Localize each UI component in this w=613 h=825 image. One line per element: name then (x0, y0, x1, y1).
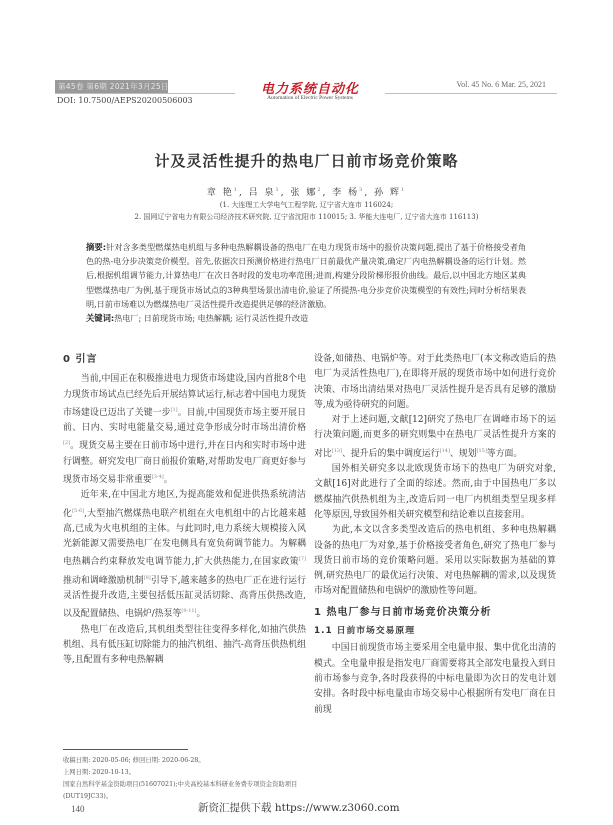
citation[interactable]: [13] (332, 448, 342, 454)
author: 李 杨 (332, 188, 359, 198)
paragraph: 热电厂在改造后,其机组类型往往变得多样化,如抽汽供热机组、具有低压缸切除能力的抽… (63, 623, 306, 669)
footnotes: 收稿日期: 2020-05-06; 修回日期: 2020-06-28。 上网日期… (63, 755, 313, 803)
author: 吕 泉 (249, 188, 276, 198)
citation[interactable]: [9-11] (181, 608, 196, 614)
author: 张 娜 (290, 188, 317, 198)
paragraph: 为此,本文以含多类型改造后的热电机组、多种电热解耦设备的热电厂为对象,基于价格接… (314, 523, 556, 599)
keywords-text: 热电厂; 日前现货市场; 电热解耦; 运行灵活性提升改造 (114, 313, 308, 323)
issue-band: 第45卷 第6期 2021年3月25日 (55, 80, 168, 93)
affiliation-line-2: 2. 国网辽宁省电力有限公司经济技术研究院, 辽宁省沈阳市 110015; 3.… (0, 212, 613, 222)
citation[interactable]: [14] (440, 448, 450, 454)
text: 。 (164, 475, 173, 485)
text: 。 (197, 609, 206, 619)
author: 章 艳 (207, 188, 234, 198)
text: 推动和调峰激励机制 (63, 576, 144, 586)
abstract-text: 针对含多类型燃煤热电机组与多种电热解耦设备的热电厂在电力现货市场中的报价决策问题… (86, 242, 526, 309)
affiliation-line-1: (1. 大连理工大学电气工程学院, 辽宁省大连市 116024; (0, 200, 613, 210)
section-heading-1: 1 热电厂参与日前市场竞价决策分析 (314, 605, 556, 620)
section-heading-0: 0 引言 (63, 352, 306, 367)
author-affil-sup: 2 (317, 187, 322, 193)
header-rule-left (55, 93, 235, 94)
author-affil-sup: 3 (359, 187, 364, 193)
citation[interactable]: [1] (171, 407, 178, 413)
left-column: 0 引言 当前,中国正在积极推进电力现货市场建设,国内首批8个电力现货市场试点已… (63, 352, 306, 668)
citation[interactable]: [5-6] (72, 508, 84, 514)
author-affil-sup: 1 (276, 187, 281, 193)
paragraph: 对于上述问题,文献[12]研究了热电厂在调峰市场下的运行决策问题,而更多的研究则… (314, 413, 556, 462)
footnote-dates: 收稿日期: 2020-05-06; 修回日期: 2020-06-28。 (63, 755, 313, 767)
text: 、提升后的集中调度运行 (342, 449, 440, 459)
paragraph: 设备,如储热、电锅炉等。对于此类热电厂(本文称改造后的热电厂为灵活性热电厂),在… (314, 352, 556, 413)
author: 孙 辉 (374, 188, 401, 198)
paragraph: 国外相关研究多以北欧现货市场下的热电厂为研究对象,文献[16]对此进行了全面的综… (314, 462, 556, 523)
keywords-label: 关键词: (86, 313, 114, 323)
author-affil-sup: 1 (234, 187, 239, 193)
text: 等方面。 (487, 449, 523, 459)
download-watermark: 新资汇提供下载 https://www.z3060.com (198, 800, 400, 815)
text: 。现货交易主要在日前市场中进行,并在日内和实时市场中进行调整。研究发电厂商日前报… (63, 441, 306, 485)
paragraph: 中国日前现货市场主要采用全电量申报、集中优化出清的模式。全电量申报是指发电厂商需… (314, 641, 556, 717)
abstract-block: 摘要:针对含多类型燃煤热电机组与多种电热解耦设备的热电厂在电力现货市场中的报价决… (86, 240, 526, 325)
subsection-heading-1-1: 1.1 日前市场交易原理 (314, 624, 556, 639)
text: ,大型抽汽燃煤热电联产机组在火电机组中的占比越来越高,已成为火电机组的主体。与此… (63, 509, 306, 568)
author-affil-sup: 1 (401, 187, 406, 193)
right-column: 设备,如储热、电锅炉等。对于此类热电厂(本文称改造后的热电厂为灵活性热电厂),在… (314, 352, 556, 718)
paper-title: 计及灵活性提升的热电厂日前市场竞价策略 (0, 150, 613, 171)
citation[interactable]: [15] (477, 448, 487, 454)
citation[interactable]: [3-4] (152, 474, 164, 480)
citation[interactable]: [8] (144, 575, 151, 581)
volume-info: Vol. 45 No. 6 Mar. 25, 2021 (456, 80, 546, 89)
footnote-divider (63, 749, 188, 750)
text: 、规划 (450, 449, 477, 459)
paragraph: 当前,中国正在积极推进电力现货市场建设,国内首批8个电力现货市场试点已经先后开展… (63, 372, 306, 488)
header-rule-right (385, 93, 557, 94)
doi: DOI: 10.7500/AEPS20200506003 (57, 96, 193, 105)
paragraph: 近年来,在中国北方地区,为提高能效和促进供热系统清洁化[5-6],大型抽汽燃煤热… (63, 488, 306, 622)
author-list: 章 艳1, 吕 泉1, 张 娜2, 李 杨3, 孙 辉1 (0, 185, 613, 198)
page-number: 140 (71, 804, 85, 814)
citation[interactable]: [7] (299, 556, 306, 562)
abstract-label: 摘要: (86, 242, 106, 252)
journal-name-en: Automation of Electric Power Systems (230, 95, 390, 101)
footnote-online: 上网日期: 2020-10-13。 (63, 767, 313, 779)
